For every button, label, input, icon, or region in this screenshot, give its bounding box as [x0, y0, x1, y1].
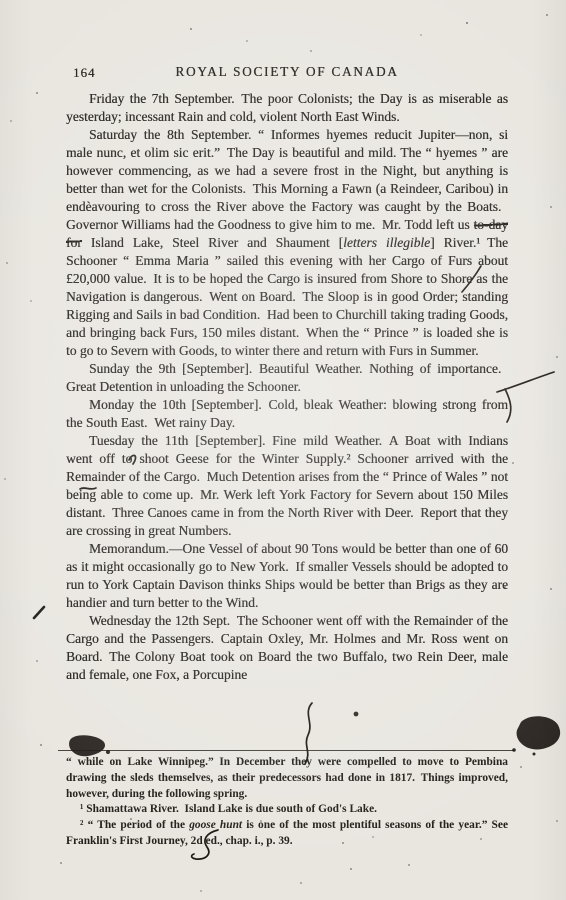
footnote: “ while on Lake Winnipeg.” In December t… — [66, 755, 508, 802]
running-header-title: ROYAL SOCIETY OF CANADA — [66, 64, 508, 80]
page-number: 164 — [73, 65, 96, 81]
footnote: ¹ Shamattawa River. Island Lake is due s… — [66, 802, 508, 818]
paper-speckles — [0, 0, 2, 2]
text-run: ¹ Shamattawa River. Island Lake is due s… — [80, 803, 377, 815]
ink-blot-the-two-icon — [69, 735, 105, 756]
italic-text: goose hunt — [189, 819, 242, 831]
text-run: ² “ The period of the — [80, 819, 189, 831]
italic-text: letters illegible — [343, 235, 430, 250]
text-run: ] River.¹ The Schooner “ Emma Maria ” sa… — [66, 235, 508, 358]
ink-speck-icon — [533, 753, 536, 756]
pen-left-margin-tick-icon — [34, 607, 44, 618]
body-text: Friday the 7th September. The poor Colon… — [66, 90, 508, 684]
ink-blot-porcupine-icon — [517, 716, 561, 749]
text-run: Sunday the 9th [September]. Beautiful We… — [66, 361, 508, 394]
footnote-divider — [58, 750, 514, 751]
paragraph: Tuesday the 11th [September]. Fine mild … — [66, 432, 508, 540]
footnote: ² “ The period of the goose hunt is one … — [66, 818, 508, 850]
running-header: 164 ROYAL SOCIETY OF CANADA — [66, 64, 508, 82]
footnotes-block: “ while on Lake Winnipeg.” In December t… — [66, 755, 508, 850]
paragraph: Memorandum.—One Vessel of about 90 Tons … — [66, 540, 508, 612]
text-run: “ while on Lake Winnipeg.” In December t… — [66, 756, 508, 800]
text-run: Monday the 10th [September]. Cold, bleak… — [66, 397, 508, 430]
paragraph: Monday the 10th [September]. Cold, bleak… — [66, 396, 508, 432]
paragraph: Wednesday the 12th Sept. The Schooner we… — [66, 612, 508, 684]
book-page-scan: 164 ROYAL SOCIETY OF CANADA Friday the 7… — [0, 0, 566, 900]
text-run: Tuesday the 11th [September]. Fine mild … — [66, 433, 508, 538]
ink-blot-colony-icon — [354, 712, 359, 717]
paragraph: Friday the 7th September. The poor Colon… — [66, 90, 508, 126]
text-run: Island Lake, Steel River and Shaument [ — [82, 235, 343, 250]
text-run: Friday the 7th September. The poor Colon… — [66, 91, 508, 124]
text-run: Wednesday the 12th Sept. The Schooner we… — [66, 613, 508, 682]
paragraph: Sunday the 9th [September]. Beautiful We… — [66, 360, 508, 396]
text-run: Saturday the 8th September. “ Informes h… — [66, 127, 508, 232]
text-run: Memorandum.—One Vessel of about 90 Tons … — [66, 541, 508, 610]
paragraph: Saturday the 8th September. “ Informes h… — [66, 126, 508, 360]
